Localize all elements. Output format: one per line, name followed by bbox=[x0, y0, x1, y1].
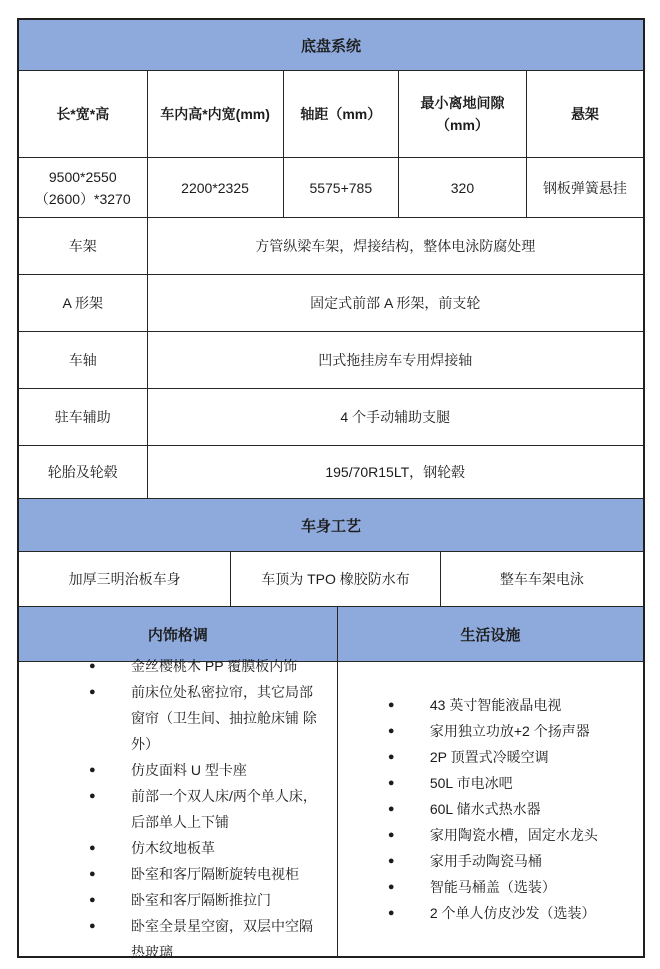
spec-row-a-frame: A 形架 固定式前部 A 形架，前支轮 bbox=[19, 274, 643, 331]
list-item: ●前部一个双人床/两个单人床，后部单人上下铺 bbox=[89, 783, 329, 835]
list-item: ●金丝樱桃木 PP 覆膜板内饰 bbox=[89, 653, 329, 679]
bullet-icon: ● bbox=[388, 796, 430, 822]
spec-value: 固定式前部 A 形架，前支轮 bbox=[148, 275, 643, 331]
spec-label: 驻车辅助 bbox=[19, 389, 148, 445]
spec-label: 轮胎及轮毂 bbox=[19, 446, 148, 498]
body-craft-section-title: 车身工艺 bbox=[301, 515, 361, 536]
bullet-icon: ● bbox=[388, 744, 430, 770]
bullet-icon: ● bbox=[89, 861, 131, 887]
body-craft-row: 加厚三明治板车身 车顶为 TPO 橡胶防水布 整车车架电泳 bbox=[19, 551, 643, 606]
bullet-icon: ● bbox=[388, 848, 430, 874]
bullet-icon: ● bbox=[388, 770, 430, 796]
chassis-section-title: 底盘系统 bbox=[301, 35, 361, 56]
spec-value: 凹式拖挂房车专用焊接轴 bbox=[148, 332, 643, 388]
facilities-feature-list: ●43 英寸智能液晶电视 ●家用独立功放+2 个扬声器 ●2P 顶置式冷暖空调 … bbox=[388, 692, 635, 926]
spec-value: 方管纵梁车架，焊接结构，整体电泳防腐处理 bbox=[148, 218, 643, 274]
rv-spec-table: 底盘系统 长*宽*高 车内高*内宽(mm) 轴距（mm） 最小离地间隙（mm） … bbox=[17, 18, 645, 958]
bullet-icon: ● bbox=[89, 783, 131, 835]
list-item: ●智能马桶盖（选装） bbox=[388, 874, 635, 900]
body-craft-item-tpo-roof: 车顶为 TPO 橡胶防水布 bbox=[231, 552, 441, 606]
list-item: ●仿木纹地板革 bbox=[89, 835, 329, 861]
col-header-interior-size: 车内高*内宽(mm) bbox=[148, 71, 284, 157]
interior-feature-list: ●金丝樱桃木 PP 覆膜板内饰 ●前床位处私密拉帘，其它局部窗帘（卫生间、抽拉舱… bbox=[89, 653, 329, 965]
list-item: ●卧室和客厅隔断推拉门 bbox=[89, 887, 329, 913]
spec-label: A 形架 bbox=[19, 275, 148, 331]
spec-row-frame: 车架 方管纵梁车架，焊接结构，整体电泳防腐处理 bbox=[19, 217, 643, 274]
list-item: ●50L 市电冰吧 bbox=[388, 770, 635, 796]
bullet-icon: ● bbox=[388, 874, 430, 900]
spec-label: 车架 bbox=[19, 218, 148, 274]
value-suspension: 钢板弹簧悬挂 bbox=[527, 158, 643, 217]
body-craft-item-sandwich-panel: 加厚三明治板车身 bbox=[19, 552, 231, 606]
list-item: ●家用陶瓷水槽，固定水龙头 bbox=[388, 822, 635, 848]
col-header-dimensions: 长*宽*高 bbox=[19, 71, 148, 157]
spec-row-tires-wheels: 轮胎及轮毂 195/70R15LT，钢轮毂 bbox=[19, 445, 643, 498]
value-interior-size: 2200*2325 bbox=[148, 158, 284, 217]
value-dimensions: 9500*2550（2600）*3270 bbox=[19, 158, 148, 217]
spec-row-parking-assist: 驻车辅助 4 个手动辅助支腿 bbox=[19, 388, 643, 445]
bullet-icon: ● bbox=[388, 718, 430, 744]
bullet-icon: ● bbox=[89, 835, 131, 861]
list-item: ●2 个单人仿皮沙发（选装） bbox=[388, 900, 635, 926]
col-header-wheelbase: 轴距（mm） bbox=[284, 71, 399, 157]
body-craft-item-frame-coating: 整车车架电泳 bbox=[441, 552, 643, 606]
bullet-icon: ● bbox=[89, 653, 131, 679]
list-item: ●2P 顶置式冷暖空调 bbox=[388, 744, 635, 770]
facilities-section-header: 生活设施 bbox=[338, 607, 643, 661]
chassis-values-row: 9500*2550（2600）*3270 2200*2325 5575+785 … bbox=[19, 157, 643, 217]
chassis-column-header-row: 长*宽*高 车内高*内宽(mm) 轴距（mm） 最小离地间隙（mm） 悬架 bbox=[19, 70, 643, 157]
value-wheelbase: 5575+785 bbox=[284, 158, 399, 217]
chassis-section-header: 底盘系统 bbox=[19, 20, 643, 70]
facilities-list-column: ●43 英寸智能液晶电视 ●家用独立功放+2 个扬声器 ●2P 顶置式冷暖空调 … bbox=[338, 662, 643, 956]
bullet-icon: ● bbox=[89, 679, 131, 757]
col-header-suspension: 悬架 bbox=[527, 71, 643, 157]
spec-sheet-page: 底盘系统 长*宽*高 车内高*内宽(mm) 轴距（mm） 最小离地间隙（mm） … bbox=[0, 0, 660, 969]
value-ground-clearance: 320 bbox=[399, 158, 527, 217]
list-item: ●卧室和客厅隔断旋转电视柜 bbox=[89, 861, 329, 887]
bullet-icon: ● bbox=[388, 822, 430, 848]
interior-list-column: ●金丝樱桃木 PP 覆膜板内饰 ●前床位处私密拉帘，其它局部窗帘（卫生间、抽拉舱… bbox=[19, 662, 338, 956]
bullet-icon: ● bbox=[388, 692, 430, 718]
feature-lists-row: ●金丝樱桃木 PP 覆膜板内饰 ●前床位处私密拉帘，其它局部窗帘（卫生间、抽拉舱… bbox=[19, 661, 643, 956]
bullet-icon: ● bbox=[89, 913, 131, 965]
list-item: ●60L 储水式热水器 bbox=[388, 796, 635, 822]
list-item: ●前床位处私密拉帘，其它局部窗帘（卫生间、抽拉舱床铺 除外） bbox=[89, 679, 329, 757]
list-item: ●卧室全景星空窗，双层中空隔热玻璃 bbox=[89, 913, 329, 965]
bullet-icon: ● bbox=[89, 757, 131, 783]
bullet-icon: ● bbox=[89, 887, 131, 913]
list-item: ●仿皮面料 U 型卡座 bbox=[89, 757, 329, 783]
bullet-icon: ● bbox=[388, 900, 430, 926]
list-item: ●43 英寸智能液晶电视 bbox=[388, 692, 635, 718]
col-header-ground-clearance: 最小离地间隙（mm） bbox=[399, 71, 527, 157]
spec-label: 车轴 bbox=[19, 332, 148, 388]
body-craft-section-header: 车身工艺 bbox=[19, 498, 643, 551]
spec-value: 4 个手动辅助支腿 bbox=[148, 389, 643, 445]
list-item: ●家用手动陶瓷马桶 bbox=[388, 848, 635, 874]
spec-row-axle: 车轴 凹式拖挂房车专用焊接轴 bbox=[19, 331, 643, 388]
spec-value: 195/70R15LT，钢轮毂 bbox=[148, 446, 643, 498]
list-item: ●家用独立功放+2 个扬声器 bbox=[388, 718, 635, 744]
